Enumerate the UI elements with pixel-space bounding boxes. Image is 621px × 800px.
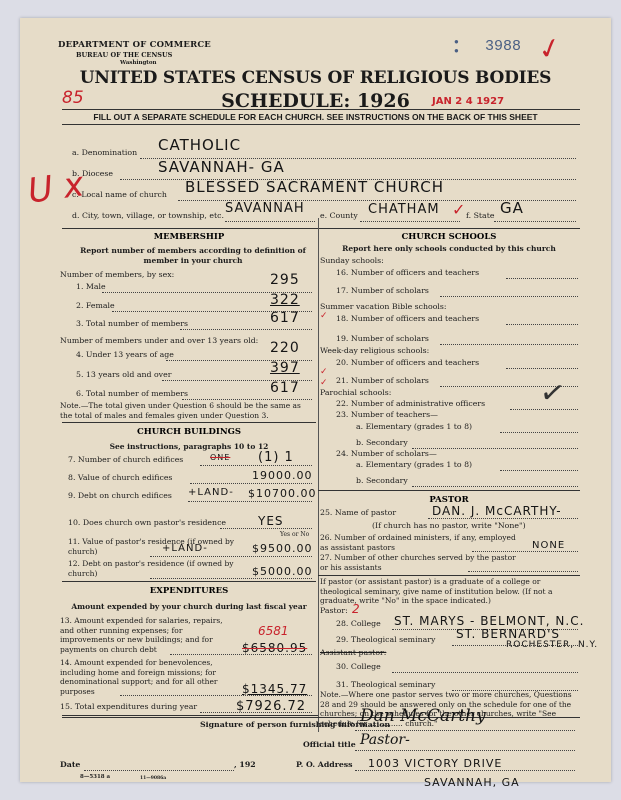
stamp-number: 3988: [485, 38, 521, 55]
male-value[interactable]: 295: [270, 272, 300, 288]
age-label: Number of members under and over 13 year…: [60, 336, 258, 345]
red-check-icon: ✓: [320, 378, 328, 388]
residence-value-line: [150, 556, 312, 557]
other-churches-label: 27. Number of other churches served by t…: [320, 553, 520, 572]
over-13-value[interactable]: 397: [270, 360, 300, 376]
running-expenses-value[interactable]: $6580.95: [242, 641, 307, 655]
divider: [318, 575, 580, 576]
red-number: 85: [62, 88, 84, 108]
divider: [62, 228, 580, 229]
census-form-sheet: DEPARTMENT OF COMMERCE BUREAU OF THE CEN…: [20, 18, 611, 782]
school-item: a. Elementary (grades 1 to 8): [356, 422, 472, 431]
female-label: 2. Female: [76, 301, 115, 310]
county-value[interactable]: CHATHAM: [368, 202, 440, 217]
school-line: [506, 368, 578, 369]
membership-note: Note.—The total given under Question 6 s…: [60, 401, 312, 420]
college2-label: 30. College: [336, 662, 381, 671]
city-line: [225, 221, 315, 222]
assistants-label: 26. Number of ordained ministers, if any…: [320, 533, 520, 552]
pastor-name-hint: (If church has no pastor, write "None"): [372, 521, 526, 530]
local-name-label: c. Local name of church: [72, 190, 167, 199]
school-line: [440, 296, 578, 297]
school-line: [500, 432, 578, 433]
total-members-value[interactable]: 617: [270, 310, 300, 326]
red-check-icon: ✓: [452, 200, 465, 219]
running-expenses-label: 13. Amount expended for salaries, repair…: [60, 616, 230, 654]
total-age-value[interactable]: 617: [270, 380, 300, 396]
po-address-value[interactable]: 1003 VICTORY DRIVE: [368, 757, 502, 770]
stamp-mark-icon: ●●: [454, 38, 459, 56]
red-margin-mark: U x: [25, 164, 86, 211]
school-item: 16. Number of officers and teachers: [336, 268, 479, 277]
female-value[interactable]: 322: [270, 292, 300, 308]
seminary2-label: 31. Theological seminary: [336, 680, 435, 689]
county-line: [360, 221, 460, 222]
divider: [62, 717, 580, 718]
department-label: DEPARTMENT OF COMMERCE: [58, 40, 211, 50]
city-value[interactable]: SAVANNAH: [225, 201, 305, 216]
edifices-count-annotation: ONE: [210, 453, 230, 462]
pastor-name-value[interactable]: DAN. J. McCARTHY-: [432, 504, 562, 518]
school-item: 20. Number of officers and teachers: [336, 358, 479, 367]
residence-debt-line: [150, 578, 312, 579]
pastor-name-line: [428, 518, 578, 519]
school-item: 23. Number of teachers—: [336, 410, 438, 419]
edifices-debt-value[interactable]: $10700.00: [248, 487, 317, 500]
po-address-city[interactable]: SAVANNAH, GA: [424, 776, 520, 789]
edifices-debt-label: 9. Debt on church edifices: [68, 491, 172, 500]
under-13-label: 4. Under 13 years of age: [76, 350, 174, 359]
seminary-location[interactable]: ROCHESTER, N.Y.: [506, 640, 598, 650]
parochial-schools-label: Parochial schools:: [320, 388, 391, 397]
edifices-count-value[interactable]: (1) 1: [258, 450, 294, 465]
denomination-label: a. Denomination: [72, 148, 137, 157]
divider: [318, 490, 580, 491]
total-expenditures-label: 15. Total expenditures during year: [60, 702, 197, 711]
official-title-line: [355, 750, 575, 751]
red-check-icon: ✓: [320, 367, 328, 377]
residence-debt-value[interactable]: $5000.00: [252, 565, 313, 578]
school-line: [412, 486, 578, 487]
divider: [62, 422, 316, 423]
edifices-value-line: [190, 483, 312, 484]
owns-residence-value[interactable]: YES: [258, 514, 284, 528]
total-members-line: [180, 329, 312, 330]
benevolences-label: 14. Amount expended for benevolences, in…: [60, 658, 230, 696]
divider: [62, 124, 580, 125]
residence-value-annotation: +LAND-: [162, 543, 208, 554]
official-title-label: Official title: [303, 740, 356, 749]
school-item: 18. Number of officers and teachers: [336, 314, 479, 323]
school-item: 21. Number of scholars: [336, 376, 429, 385]
expenditures-heading: EXPENDITURES: [62, 586, 316, 596]
state-label: f. State: [466, 211, 494, 220]
check-mark-icon: ✓: [537, 374, 568, 413]
edifices-debt-line: [188, 501, 312, 502]
owns-residence-label: 10. Does church own pastor's residence: [68, 518, 226, 527]
form-number: 8—5318 a: [80, 773, 110, 782]
date-line: [84, 770, 234, 771]
date-stamp: JAN 2 4 1927: [432, 96, 504, 107]
divider: [62, 715, 318, 716]
male-label: 1. Male: [76, 282, 106, 291]
school-item: 19. Number of scholars: [336, 334, 429, 343]
signature-value[interactable]: Dan McCarthy: [360, 706, 486, 726]
state-value[interactable]: GA: [500, 199, 524, 217]
school-item: 17. Number of scholars: [336, 286, 429, 295]
running-expenses-correction: 6581: [258, 624, 289, 638]
form-title: UNITED STATES CENSUS OF RELIGIOUS BODIES: [20, 68, 611, 88]
pastor-name-label: 25. Name of pastor: [320, 508, 396, 517]
signature-line: [355, 730, 575, 731]
print-code: 11—9086a: [140, 774, 166, 783]
owns-residence-line: [220, 528, 312, 529]
schools-subheading: Report here only schools conducted by th…: [320, 244, 578, 254]
school-item: b. Secondary: [356, 476, 408, 485]
college2-line: [392, 672, 578, 673]
schools-heading: CHURCH SCHOOLS: [320, 232, 578, 242]
total-expenditures-value[interactable]: $7926.72: [236, 699, 306, 714]
school-line: [506, 278, 578, 279]
pastor-sublabel: Pastor:: [320, 606, 348, 615]
other-churches-line: [468, 571, 578, 572]
po-address-line: [355, 770, 575, 771]
membership-subheading: Report number of members according to de…: [78, 246, 308, 265]
assistants-line: [472, 551, 578, 552]
edifices-debt-annotation: +LAND-: [188, 487, 234, 498]
instruction-banner: FILL OUT A SEPARATE SCHEDULE FOR EACH CH…: [20, 112, 611, 122]
red-check-icon: ✓: [534, 30, 565, 68]
by-sex-label: Number of members, by sex:: [60, 270, 174, 279]
college-value[interactable]: ST. MARYS - BELMONT, N.C.: [394, 614, 584, 628]
city-label: d. City, town, village, or township, etc…: [72, 211, 224, 220]
official-title-value[interactable]: Pastor-: [360, 732, 410, 748]
membership-heading: MEMBERSHIP: [62, 232, 316, 242]
residence-value-value[interactable]: $9500.00: [252, 542, 313, 555]
pastor-red-mark: 2: [352, 602, 360, 616]
po-address-label: P. O. Address: [296, 760, 353, 769]
total-members-label: 3. Total number of members: [76, 319, 188, 328]
column-divider: [318, 218, 319, 732]
over-13-label: 5. 13 years old and over: [76, 370, 171, 379]
seminary-label: 29. Theological seminary: [336, 635, 435, 644]
bureau-label: BUREAU OF THE CENSUS: [76, 51, 172, 59]
assistant-pastor-label: Assistant pastor:: [320, 648, 386, 657]
residence-debt-label: 12. Debt on pastor's residence (if owned…: [68, 559, 258, 578]
expenditures-subheading: Amount expended by your church during la…: [62, 602, 316, 612]
total-age-line: [182, 399, 312, 400]
total-age-label: 6. Total number of members: [76, 389, 188, 398]
school-line: [506, 324, 578, 325]
school-line: [500, 470, 578, 471]
edifices-value-label: 8. Value of church edifices: [68, 473, 172, 482]
weekday-schools-label: Week-day religious schools:: [320, 346, 429, 355]
local-name-value[interactable]: BLESSED SACRAMENT CHURCH: [185, 178, 444, 196]
school-line: [440, 344, 578, 345]
seminary-value[interactable]: ST. BERNARD'S: [456, 627, 560, 641]
divider: [62, 109, 580, 110]
edifices-count-label: 7. Number of church edifices: [68, 455, 183, 464]
buildings-heading: CHURCH BUILDINGS: [62, 427, 316, 437]
diocese-value[interactable]: SAVANNAH- GA: [158, 158, 285, 176]
school-item: a. Elementary (grades 1 to 8): [356, 460, 472, 469]
red-check-icon: ✓: [320, 311, 328, 321]
school-item: 22. Number of administrative officers: [336, 399, 485, 408]
benevolences-value[interactable]: $1345.77: [242, 682, 307, 696]
edifices-value-value[interactable]: 19000.00: [252, 469, 313, 482]
school-item: 24. Number of scholars—: [336, 449, 437, 458]
school-item: b. Secondary: [356, 438, 408, 447]
summer-schools-label: Summer vacation Bible schools:: [320, 302, 447, 311]
date-suffix: , 192: [234, 760, 256, 769]
edifices-count-line: [200, 465, 312, 466]
under-13-value[interactable]: 220: [270, 340, 300, 356]
college-label: 28. College: [336, 619, 381, 628]
state-line: [494, 221, 576, 222]
county-label: e. County: [320, 211, 358, 220]
denomination-value[interactable]: CATHOLIC: [158, 136, 241, 154]
yes-no-hint: Yes or No: [280, 530, 309, 539]
sunday-schools-label: Sunday schools:: [320, 256, 384, 265]
date-label: Date: [60, 760, 80, 769]
assistants-value[interactable]: NONE: [532, 540, 565, 551]
city-label: Washington: [120, 60, 157, 66]
divider: [62, 581, 316, 582]
